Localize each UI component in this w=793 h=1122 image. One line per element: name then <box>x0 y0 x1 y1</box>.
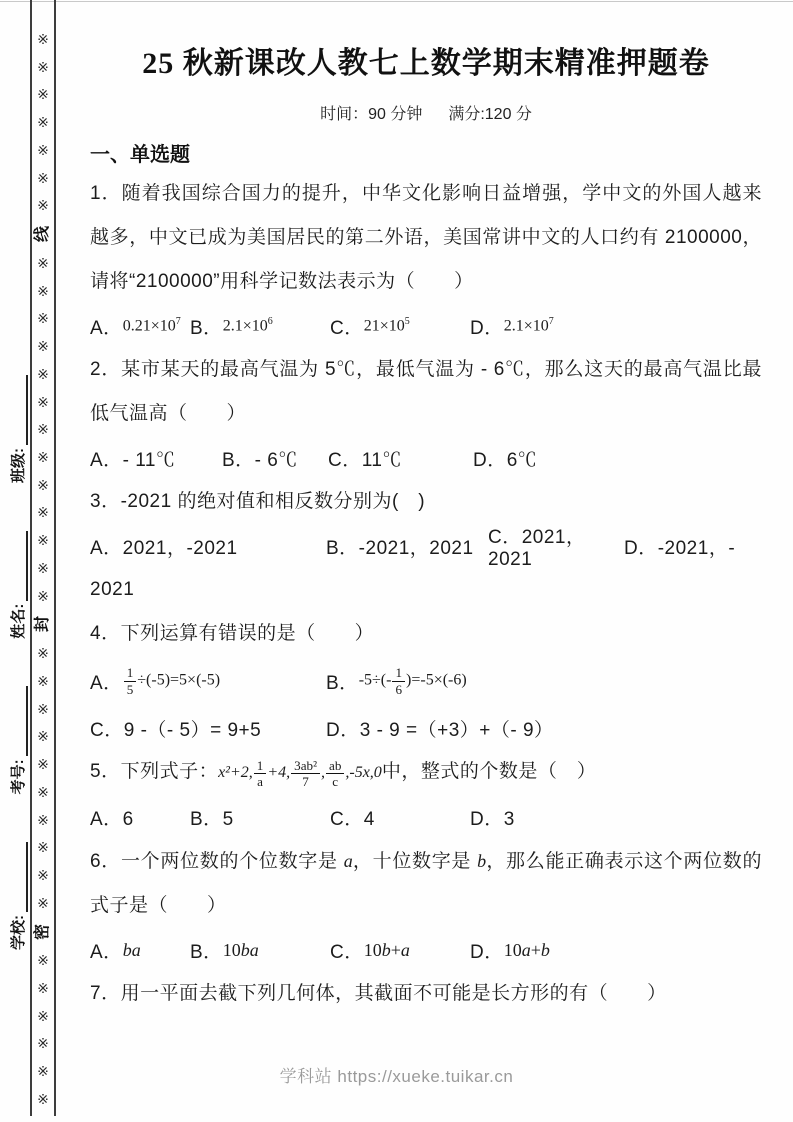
option-b: B．-2021，2021 <box>326 533 488 560</box>
option-c: C． 21×105 <box>330 313 470 340</box>
option-b: B． -5÷(-16)=-5×(-6) <box>326 665 467 696</box>
math-expression: 2.1×106 <box>223 316 273 335</box>
math-expression: -5÷(-16)=-5×(-6) <box>359 665 467 696</box>
seal-mark: ※ <box>37 478 49 492</box>
student-info-fields: 学校: 考号: 姓名: 班级: <box>2 375 28 950</box>
option-c: C．2021，2021 <box>488 522 624 571</box>
seal-mark: ※ <box>37 896 49 910</box>
option-d: D．6℃ <box>473 445 537 472</box>
title-prefix: 25 秋新课改人教七上数 <box>142 47 462 80</box>
field-label: 姓名: <box>7 604 28 639</box>
blank-line <box>11 842 28 912</box>
math-expression: 15÷(-5)=5×(-5) <box>123 665 220 696</box>
seal-mark: ※ <box>37 702 49 716</box>
seal-mark: ※ <box>37 813 49 827</box>
seal-mark: ※ <box>37 561 49 575</box>
school-field: 学校: <box>7 842 28 950</box>
seal-mark: ※ <box>37 143 49 157</box>
seal-mark: ※ <box>37 1009 49 1023</box>
question-3-stem: 3．-2021 的绝对值和相反数分别为( ) <box>90 480 762 524</box>
seal-mark: ※ <box>37 953 49 967</box>
seal-mark: ※ <box>37 87 49 101</box>
seal-mark: ※ <box>37 284 49 298</box>
option-d: D．10a+b <box>470 937 550 964</box>
option-a: A．6 <box>90 804 190 831</box>
option-c: C．10b+a <box>330 937 470 964</box>
math-expression: x²+2,1a+4,3ab²7,abc,-5x,0 <box>218 764 382 781</box>
question-1-stem: 1．随着我国综合国力的提升，中华文化影响日益增强，学中文的外国人越来越多，中文已… <box>90 172 762 304</box>
seal-mark: ※ <box>37 171 49 185</box>
fraction: 16 <box>392 665 405 696</box>
option-a: A． 15÷(-5)=5×(-5) <box>90 665 326 696</box>
class-field: 班级: <box>7 375 28 483</box>
seal-mark: ※ <box>37 674 49 688</box>
field-label: 学校: <box>7 915 28 950</box>
blank-line <box>11 531 28 601</box>
seal-character: 密 <box>35 923 51 939</box>
question-7-stem: 7．用一平面去截下列几何体，其截面不可能是长方形的有（ ） <box>90 972 762 1016</box>
math-expression: 0.21×107 <box>123 316 181 335</box>
seal-mark: ※ <box>37 198 49 212</box>
seal-line-strip: ※※※※※※※线※※※※※※※※※※※※※封※※※※※※※※※※密※※※※※※ <box>30 0 56 1116</box>
option-b: B．10ba <box>190 937 330 964</box>
seal-character: 封 <box>35 616 51 632</box>
watermark: 学科站 https://xueke.tuikar.cn <box>0 1062 793 1087</box>
seal-mark: ※ <box>37 981 49 995</box>
seal-mark: ※ <box>37 785 49 799</box>
option-b: B．5 <box>190 804 330 831</box>
question-5-stem: 5．下列式子：x²+2,1a+4,3ab²7,abc,-5x,0中，整式的个数是… <box>90 750 762 795</box>
seal-mark: ※ <box>37 589 49 603</box>
option-c: C．9 -（- 5）= 9+5 <box>90 715 326 742</box>
fraction: 15 <box>124 665 137 696</box>
option-a: A． 0.21×107 <box>90 313 190 340</box>
seal-mark: ※ <box>37 450 49 464</box>
seal-mark: ※ <box>37 115 49 129</box>
seal-mark: ※ <box>37 32 49 46</box>
option-b: B．- 6℃ <box>222 445 328 472</box>
seal-character: 线 <box>35 226 51 242</box>
option-a: A．- 11℃ <box>90 445 222 472</box>
section-heading: 一、单选题 <box>90 138 762 172</box>
question-6-options: A．ba B．10ba C．10b+a D．10a+b <box>90 928 762 972</box>
question-2-stem: 2．某市某天的最高气温为 5℃，最低气温为 - 6℃，那么这天的最高气温比最低气… <box>90 348 762 436</box>
option-c: C．4 <box>330 804 470 831</box>
question-2-options: A．- 11℃ B．- 6℃ C．11℃ D．6℃ <box>90 436 762 480</box>
option-c: C．11℃ <box>328 445 473 472</box>
option-d: D．-2021，- <box>624 533 735 560</box>
time-allowed: 时间：90 分钟 <box>320 106 422 123</box>
seal-mark: ※ <box>37 646 49 660</box>
question-6-stem: 6．一个两位数的个位数字是 a，十位数字是 b，那么能正确表示这个两位数的式子是… <box>90 839 762 928</box>
seal-mark: ※ <box>37 757 49 771</box>
seal-mark: ※ <box>37 395 49 409</box>
seal-mark: ※ <box>37 422 49 436</box>
seal-mark: ※ <box>37 1092 49 1106</box>
seal-mark: ※ <box>37 505 49 519</box>
question-3-option-d-overflow: 2021 <box>90 568 762 612</box>
name-field: 姓名: <box>7 531 28 639</box>
seal-mark: ※ <box>37 339 49 353</box>
seal-mark: ※ <box>37 868 49 882</box>
seal-mark: ※ <box>37 367 49 381</box>
math-expression: 21×105 <box>364 316 410 335</box>
fraction: 1a <box>254 758 267 789</box>
question-4-stem: 4．下列运算有错误的是（ ） <box>90 612 762 656</box>
seal-mark: ※ <box>37 729 49 743</box>
question-5-options: A．6 B．5 C．4 D．3 <box>90 795 762 839</box>
question-3-options: A．2021，-2021 B．-2021，2021 C．2021，2021 D．… <box>90 524 762 568</box>
blank-line <box>11 686 28 756</box>
option-a: A．2021，-2021 <box>90 533 326 560</box>
option-d: D．3 - 9 =（+3）+（- 9） <box>326 715 554 742</box>
exam-meta: 时间：90 分钟满分:120 分 <box>90 100 762 130</box>
field-label: 考号: <box>7 759 28 794</box>
fraction: abc <box>326 758 344 789</box>
option-d: D．3 <box>470 804 515 831</box>
math-expression: 2.1×107 <box>504 316 554 335</box>
title-emphasis: 学 <box>462 47 493 80</box>
question-4-options-cd: C．9 -（- 5）= 9+5 D．3 - 9 =（+3）+（- 9） <box>90 706 762 750</box>
fraction: 3ab²7 <box>291 758 320 789</box>
option-b: B． 2.1×106 <box>190 313 330 340</box>
seal-mark: ※ <box>37 533 49 547</box>
seal-mark: ※ <box>37 840 49 854</box>
title-suffix: 期末精准押题卷 <box>493 47 710 80</box>
seal-mark: ※ <box>37 256 49 270</box>
seal-mark: ※ <box>37 311 49 325</box>
option-a: A．ba <box>90 937 190 964</box>
exam-paper-page: 学校: 考号: 姓名: 班级: ※※※※※※※线※※※※※※※※※※※※※封※※… <box>0 0 793 1122</box>
question-4-options-ab: A． 15÷(-5)=5×(-5) B． -5÷(-16)=-5×(-6) <box>90 656 762 706</box>
exam-content: 25 秋新课改人教七上数学期末精准押题卷 时间：90 分钟满分:120 分 一、… <box>90 0 762 1016</box>
blank-line <box>11 375 28 445</box>
page-title: 25 秋新课改人教七上数学期末精准押题卷 <box>90 44 762 84</box>
field-label: 班级: <box>7 448 28 483</box>
exam-number-field: 考号: <box>7 686 28 794</box>
seal-mark: ※ <box>37 60 49 74</box>
full-score: 满分:120 分 <box>448 106 532 123</box>
seal-mark: ※ <box>37 1036 49 1050</box>
question-1-options: A． 0.21×107 B． 2.1×106 C． 21×105 D． 2.1×… <box>90 304 762 348</box>
option-d: D． 2.1×107 <box>470 313 554 340</box>
